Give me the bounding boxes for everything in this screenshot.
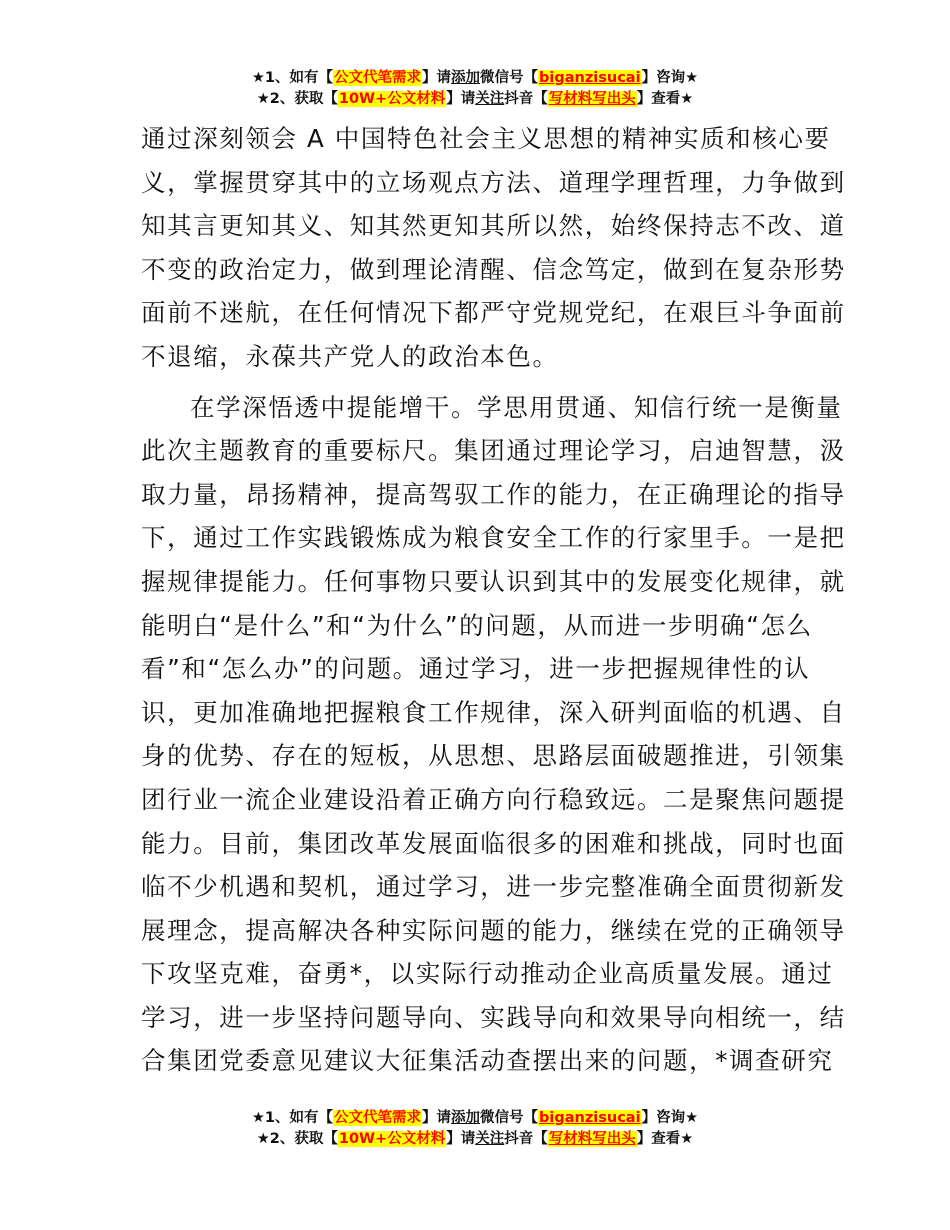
banner-text: 】请 xyxy=(422,1110,451,1126)
text-line: 不变的政治定力，做到理论清醒、信念笃定，做到在复杂形势 xyxy=(141,252,813,296)
text-line: 能明白“是什么”和“为什么”的问题，从而进一步明确“怎么 xyxy=(141,608,813,652)
header-banner: ★1、如有【公文代笔需求】请添加微信号【biganzisucai】咨询★ ★2、… xyxy=(0,68,950,110)
banner-text: ★1、如有【 xyxy=(252,70,333,86)
text-line: 握规律提能力。任何事物只要认识到其中的发展变化规律，就 xyxy=(141,564,813,608)
footer-banner-line-2: ★2、获取【10W+公文材料】请关注抖音【写材料写出头】查看★ xyxy=(0,1129,950,1150)
banner-text: 】查看★ xyxy=(637,91,694,107)
underlined-add: 添加 xyxy=(451,70,480,86)
underlined-add: 添加 xyxy=(451,1110,480,1126)
text-line: 知其言更知其义、知其然更知其所以然，始终保持志不改、道 xyxy=(141,208,813,252)
wechat-id-link[interactable]: biganzisucai xyxy=(538,70,642,86)
highlight-ghostwriting: 公文代笔需求 xyxy=(333,1110,422,1126)
text-line: 义，掌握贯穿其中的立场观点方法、道理学理哲理，力争做到 xyxy=(141,165,813,209)
banner-text: 微信号【 xyxy=(480,1110,538,1126)
underlined-follow: 关注 xyxy=(475,1131,504,1147)
header-banner-line-1: ★1、如有【公文代笔需求】请添加微信号【biganzisucai】咨询★ xyxy=(0,68,950,89)
text-line-indented: 在学深悟透中提能增干。学思用贯通、知信行统一是衡量 xyxy=(141,390,813,434)
text-line: 身的优势、存在的短板，从思想、思路层面破题推进，引领集 xyxy=(141,738,813,782)
text-line: 此次主题教育的重要标尺。集团通过理论学习，启迪智慧，汲 xyxy=(141,433,813,477)
wechat-id-link[interactable]: biganzisucai xyxy=(538,1110,642,1126)
banner-text: ★2、获取【 xyxy=(257,91,338,107)
highlight-materials: 10W+公文材料 xyxy=(338,1131,446,1147)
text-line: 团行业一流企业建设沿着正确方向行稳致远。二是聚焦问题提 xyxy=(141,782,813,826)
banner-text: 抖音【 xyxy=(504,91,548,107)
document-body: 通过深刻领会 A 中国特色社会主义思想的精神实质和核心要 义，掌握贯穿其中的立场… xyxy=(141,121,813,1087)
footer-banner-line-1: ★1、如有【公文代笔需求】请添加微信号【biganzisucai】咨询★ xyxy=(0,1108,950,1129)
text-line: 看”和“怎么办”的问题。通过学习，进一步把握规律性的认 xyxy=(141,651,813,695)
text-line: 展理念，提高解决各种实际问题的能力，继续在党的正确领导 xyxy=(141,913,813,957)
highlight-ghostwriting: 公文代笔需求 xyxy=(333,70,422,86)
banner-text: 】请 xyxy=(422,70,451,86)
banner-text: ★1、如有【 xyxy=(252,1110,333,1126)
text-line: 面前不迷航，在任何情况下都严守党规党纪，在艰巨斗争面前 xyxy=(141,295,813,339)
text-line: 下攻坚克难，奋勇*，以实际行动推动企业高质量发展。通过 xyxy=(141,956,813,1000)
text-line: 下，通过工作实践锻炼成为粮食安全工作的行家里手。一是把 xyxy=(141,520,813,564)
banner-text: 】咨询★ xyxy=(642,1110,699,1126)
text-line: 合集团党委意见建议大征集活动查摆出来的问题，*调查研究 xyxy=(141,1043,813,1087)
underlined-follow: 关注 xyxy=(475,91,504,107)
header-banner-line-2: ★2、获取【10W+公文材料】请关注抖音【写材料写出头】查看★ xyxy=(0,89,950,110)
banner-text: 】查看★ xyxy=(637,1131,694,1147)
highlight-materials: 10W+公文材料 xyxy=(338,91,446,107)
banner-text: 】请 xyxy=(446,91,475,107)
banner-text: 】咨询★ xyxy=(642,70,699,86)
banner-text: 微信号【 xyxy=(480,70,538,86)
banner-text: 抖音【 xyxy=(504,1131,548,1147)
paragraph-1: 通过深刻领会 A 中国特色社会主义思想的精神实质和核心要 义，掌握贯穿其中的立场… xyxy=(141,121,813,383)
text-line: 不退缩，永葆共产党人的政治本色。 xyxy=(141,339,813,383)
text-line: 取力量，昂扬精神，提高驾驭工作的能力，在正确理论的指导 xyxy=(141,477,813,521)
banner-text: ★2、获取【 xyxy=(257,1131,338,1147)
paragraph-spacing xyxy=(141,383,813,390)
text-line: 临不少机遇和契机，通过学习，进一步完整准确全面贯彻新发 xyxy=(141,869,813,913)
text-line: 学习，进一步坚持问题导向、实践导向和效果导向相统一，结 xyxy=(141,1000,813,1044)
text-line: 通过深刻领会 A 中国特色社会主义思想的精神实质和核心要 xyxy=(141,121,813,165)
douyin-account-link[interactable]: 写材料写出头 xyxy=(548,91,637,107)
text-line: 识，更加准确地把握粮食工作规律，深入研判面临的机遇、自 xyxy=(141,695,813,739)
footer-banner: ★1、如有【公文代笔需求】请添加微信号【biganzisucai】咨询★ ★2、… xyxy=(0,1108,950,1150)
banner-text: 】请 xyxy=(446,1131,475,1147)
douyin-account-link[interactable]: 写材料写出头 xyxy=(548,1131,637,1147)
text-line: 能力。目前，集团改革发展面临很多的困难和挑战，同时也面 xyxy=(141,826,813,870)
paragraph-2: 在学深悟透中提能增干。学思用贯通、知信行统一是衡量 此次主题教育的重要标尺。集团… xyxy=(141,390,813,1088)
